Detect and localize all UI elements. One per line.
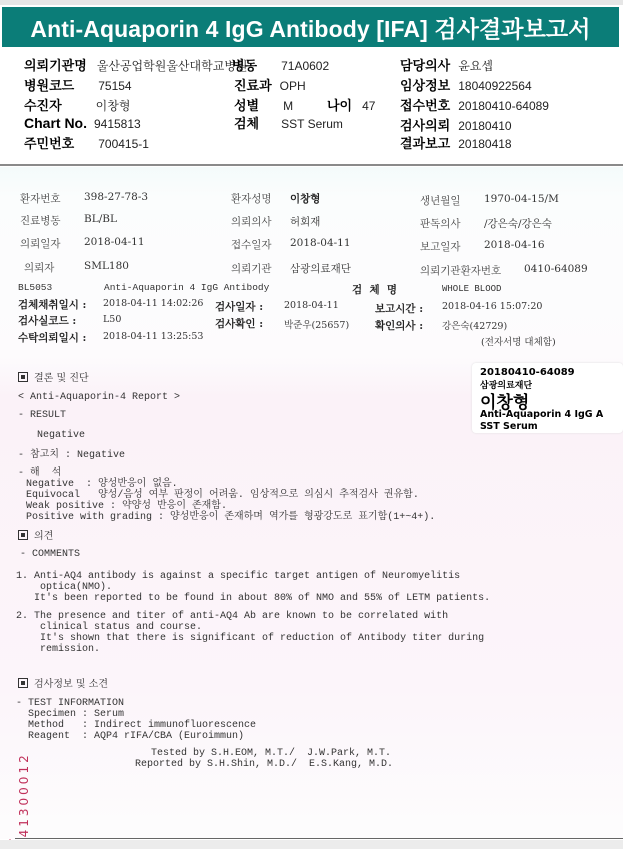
lab-code-label: 검사실코드 : <box>18 313 76 328</box>
patient-no-label: 환자번호 <box>20 191 61 206</box>
interp-heading: - 해 석 <box>18 468 61 479</box>
confirm-value: 박준우(25657) <box>284 317 349 331</box>
specimen-sticker: 20180410-64089 삼광의료재단 이창형 Anti-Aquaporin… <box>472 363 623 433</box>
receipt-no-value: 20180410-64089 <box>458 99 549 113</box>
specimen-label: 검체 <box>234 117 259 132</box>
patient-label: 수진자 <box>24 99 62 114</box>
request-date-label: 검사의뢰 <box>400 119 450 134</box>
ward-value-scan: BL/BL <box>84 213 117 225</box>
requester-label: 의뢰자 <box>24 260 54 275</box>
result-label: - RESULT <box>18 410 66 421</box>
conclusion-heading-text: 결론 및 진단 <box>34 373 89 384</box>
entrust-label: 수탁의뢰일시 : <box>18 330 86 345</box>
reading-doctor-label: 판독의사 <box>420 216 461 231</box>
req-doctor-label: 의뢰의사 <box>231 214 272 229</box>
comments-label: - COMMENTS <box>20 549 80 560</box>
ward-label-scan: 진료병동 <box>20 213 61 228</box>
vertical-barcode-number: + 541300012 <box>9 748 23 840</box>
confirm-dr-value: 강은숙(42729) <box>442 318 507 332</box>
reported-by: Reported by S.H.Shin, M.D./ E.S.Kang, M.… <box>135 759 393 770</box>
receipt-no-field: 접수번호 20180410-64089 <box>400 95 549 114</box>
report-date-value: 20180418 <box>458 137 511 151</box>
test-info-heading-text: 검사정보 및 소견 <box>34 679 108 690</box>
top-border <box>0 0 623 5</box>
collect-value: 2018-04-11 14:02:26 <box>103 298 203 309</box>
confirm-label: 검사확인 : <box>215 316 263 331</box>
report-time-label: 보고시간 : <box>375 301 423 316</box>
patient-field: 수진자 이창형 <box>24 95 130 114</box>
request-date-value: 20180410 <box>458 119 511 133</box>
test-code: BL5053 <box>18 282 52 293</box>
patient-value: 이창형 <box>96 99 131 113</box>
req-doctor-value: 허회재 <box>290 214 320 229</box>
report-date-field: 결과보고 20180418 <box>400 133 512 152</box>
receipt-no-label: 접수번호 <box>400 99 450 114</box>
report-title: Anti-Aquaporin 4 IgG Antibody [IFA] 검사결과… <box>2 7 619 47</box>
id-no-value: 700415-1 <box>98 137 149 151</box>
scanned-report: 환자번호 398-27-78-3 환자성명 이창형 생년월일 1970-04-1… <box>0 167 623 839</box>
collect-label: 검체채취일시 : <box>18 297 86 312</box>
comment-1: 1. Anti-AQ4 antibody is against a specif… <box>16 571 490 604</box>
doctor-label: 담당의사 <box>400 59 450 74</box>
sticker-test: Anti-Aquaporin 4 IgG A <box>480 409 620 420</box>
hospital-code-value: 75154 <box>98 79 131 93</box>
comment-2: 2. The presence and titer of anti-AQ4 Ab… <box>16 611 484 655</box>
patient-name-label: 환자성명 <box>231 191 272 206</box>
patient-no-value: 398-27-78-3 <box>84 191 148 203</box>
specimen-name-label: 검 체 명 <box>352 282 397 297</box>
age-field: 나이 47 <box>327 95 375 114</box>
reading-doctor-value: /강은숙/강은숙 <box>484 216 552 231</box>
req-inst-value: 삼광의료재단 <box>290 261 351 276</box>
receipt-date-value: 2018-04-11 <box>290 237 351 249</box>
bottom-border <box>0 840 623 849</box>
bottom-edge-line <box>15 838 623 839</box>
doctor-field: 담당의사 윤요셉 <box>400 55 493 74</box>
report-date-label: 결과보고 <box>400 137 450 152</box>
section-bullet-icon <box>18 372 28 382</box>
doctor-value: 윤요셉 <box>458 59 493 73</box>
test-name: Anti-Aquaporin 4 IgG Antibody <box>104 282 269 293</box>
req-date-label: 의뢰일자 <box>20 236 61 251</box>
test-date-label: 검사일자 : <box>215 299 263 314</box>
specimen-field: 검체 SST Serum <box>234 113 343 132</box>
specimen-name-value: WHOLE BLOOD <box>442 284 501 294</box>
sex-value: M <box>283 99 293 113</box>
interp-line-1: Negative : 양성반응이 없음. <box>26 479 178 490</box>
id-no-field: 주민번호 700415-1 <box>24 133 149 152</box>
inst-patient-no-label: 의뢰기관환자번호 <box>420 263 501 278</box>
result-value: Negative <box>37 430 85 441</box>
report-title-line: < Anti-Aquaporin-4 Report > <box>18 392 180 403</box>
ward-value: 71A0602 <box>281 59 329 73</box>
confirm-dr-label: 확인의사 : <box>375 318 423 333</box>
ward-label: 병동 <box>232 59 257 74</box>
entrust-value: 2018-04-11 13:25:53 <box>103 331 203 342</box>
hospital-code-label: 병원코드 <box>24 79 74 94</box>
dept-label: 진료과 <box>234 79 272 94</box>
requester-value: SML180 <box>84 260 129 272</box>
interp-line-3: Weak positive : 약양성 반응이 존재함. <box>26 501 227 512</box>
test-info-heading: 검사정보 및 소견 <box>18 678 108 690</box>
req-date-value: 2018-04-11 <box>84 236 145 248</box>
clinical-info-field: 임상정보 18040922564 <box>400 75 532 94</box>
chart-no-label: Chart No. <box>24 115 87 131</box>
section-bullet-icon <box>18 530 28 540</box>
birth-label: 생년월일 <box>420 193 461 208</box>
report-date-value-scan: 2018-04-16 <box>484 239 545 251</box>
specimen-value: SST Serum <box>281 117 343 131</box>
interp-line-4: Positive with grading : 양성반응이 존재하며 역가를 형… <box>26 512 435 523</box>
clinical-info-label: 임상정보 <box>400 79 450 94</box>
id-no-label: 주민번호 <box>24 137 74 152</box>
sticker-receipt-no: 20180410-64089 <box>480 367 575 378</box>
institution-value: 울산공업학원울산대학교병원 <box>97 59 248 73</box>
receipt-date-label: 접수일자 <box>231 237 272 252</box>
inst-patient-no-value: 0410-64089 <box>524 263 588 275</box>
barcode-text: + 541300012 <box>3 752 31 848</box>
sticker-specimen: SST Serum <box>480 421 538 432</box>
patient-name-value: 이창형 <box>290 191 320 206</box>
clinical-info-value: 18040922564 <box>458 79 531 93</box>
conclusion-heading: 결론 및 진단 <box>18 372 89 384</box>
age-label: 나이 <box>327 99 352 114</box>
chart-no-field: Chart No. 9415813 <box>24 115 141 131</box>
chart-no-value: 9415813 <box>94 117 141 131</box>
dept-value: OPH <box>280 79 306 93</box>
ward-field: 병동 71A0602 <box>232 55 329 74</box>
lab-code-value: L50 <box>103 314 121 325</box>
section-bullet-icon <box>18 678 28 688</box>
institution-field: 의뢰기관명 울산공업학원울산대학교병원 <box>24 55 247 74</box>
reference-line: - 참고치 : Negative <box>18 450 125 461</box>
birth-value: 1970-04-15/M <box>484 193 559 205</box>
sex-label: 성별 <box>234 99 259 114</box>
hospital-code-field: 병원코드 75154 <box>24 75 132 94</box>
tested-by: Tested by S.H.EOM, M.T./ J.W.Park, M.T. <box>151 748 391 759</box>
header-divider <box>0 164 623 166</box>
sex-field: 성별 M <box>234 95 293 114</box>
report-time-value: 2018-04-16 15:07:20 <box>442 301 542 312</box>
opinion-heading: 의견 <box>18 530 53 542</box>
interp-line-2: Equivocal 양성/음성 여부 판정이 어려움. 임상적으로 의심시 추적… <box>26 490 419 501</box>
age-value: 47 <box>362 99 375 113</box>
req-inst-label: 의뢰기관 <box>231 261 272 276</box>
report-date-label-scan: 보고일자 <box>420 239 461 254</box>
test-date-value: 2018-04-11 <box>284 300 339 311</box>
institution-label: 의뢰기관명 <box>24 59 87 74</box>
opinion-heading-text: 의견 <box>34 531 53 542</box>
request-date-field: 검사의뢰 20180410 <box>400 115 512 134</box>
dept-field: 진료과 OPH <box>234 75 306 94</box>
test-info-body: - TEST INFORMATION Specimen : Serum Meth… <box>16 698 256 742</box>
esign-note: (전자서명 대체함) <box>481 334 556 348</box>
